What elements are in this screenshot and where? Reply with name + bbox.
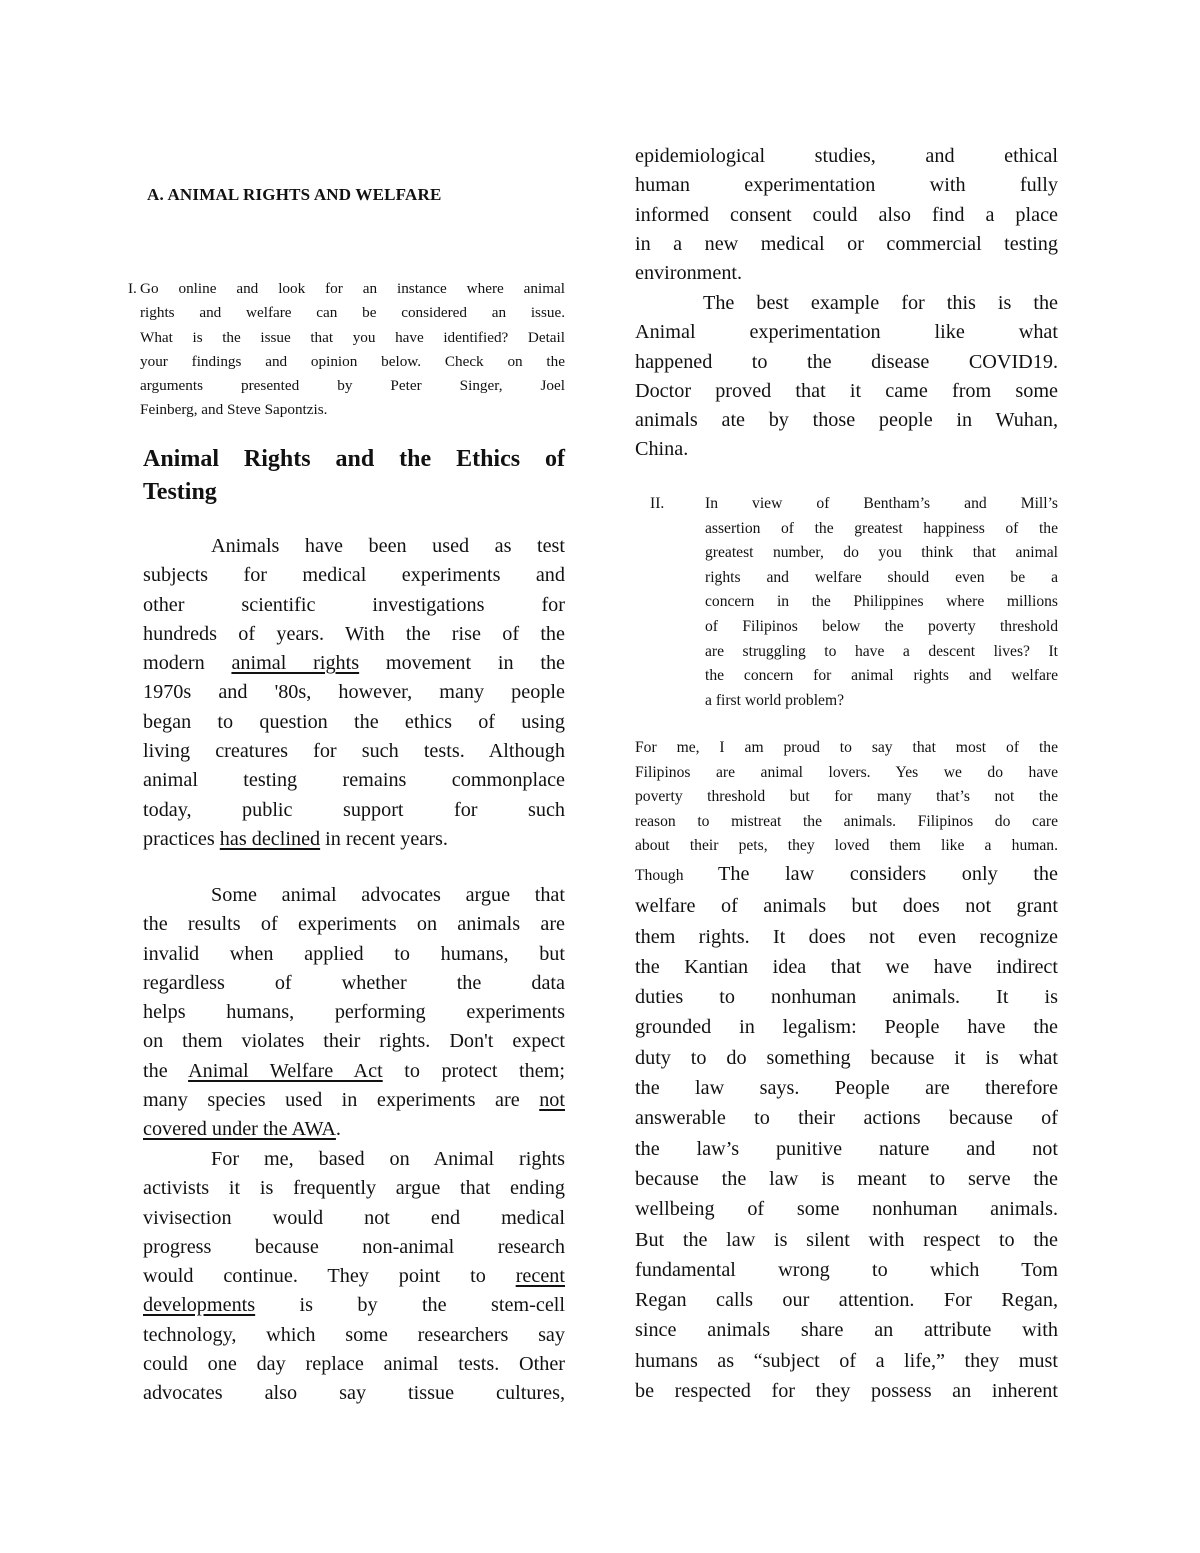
answer-line: fundamental wrong to which Tom — [635, 1255, 1058, 1285]
text: For me, based on Animal rights — [211, 1148, 565, 1170]
text-line: advocates also say tissue cultures, — [143, 1379, 565, 1408]
text-line: helps humans, performing experiments — [143, 998, 565, 1027]
text-line: epidemiological studies, and ethical — [635, 142, 1058, 171]
question-text: In view of Bentham’s and Mill’s assertio… — [705, 492, 1058, 713]
text-line: animals ate by those people in Wuhan, — [635, 406, 1058, 435]
paragraph-epidemiological: epidemiological studies, and ethical hum… — [635, 142, 1058, 288]
question-1: I. Go online and look for an instance wh… — [128, 277, 565, 423]
text-line: animal testing remains commonplace — [143, 766, 565, 795]
question-line: arguments presented by Peter Singer, Joe… — [140, 374, 565, 398]
question-line: your findings and opinion below. Check o… — [140, 350, 565, 374]
link-animal-welfare-act[interactable]: Animal Welfare Act — [188, 1060, 383, 1082]
question-number: I. — [128, 277, 137, 301]
text: to protect them; — [383, 1060, 565, 1082]
text-line: technology, which some researchers say — [143, 1321, 565, 1350]
question-line: Feinberg, and Steve Sapontzis. — [140, 398, 565, 422]
link-recent-developments[interactable]: recent — [516, 1265, 565, 1287]
answer-line: humans as “subject of a life,” they must — [635, 1346, 1058, 1376]
answer-line: answerable to their actions because of — [635, 1103, 1058, 1133]
link-not-covered[interactable]: not — [539, 1089, 565, 1111]
answer-line: the Kantian idea that we have indirect — [635, 952, 1058, 982]
answer-line: poverty threshold but for many that’s no… — [635, 785, 1058, 810]
text-line: living creatures for such tests. Althoug… — [143, 737, 565, 766]
answer-line: But the law is silent with respect to th… — [635, 1225, 1058, 1255]
answer-line: welfare of animals but does not grant — [635, 891, 1058, 921]
text-line: on them violates their rights. Don't exp… — [143, 1027, 565, 1056]
text-line: could one day replace animal tests. Othe… — [143, 1350, 565, 1379]
text-line: subjects for medical experiments and — [143, 561, 565, 590]
link-has-declined[interactable]: has declined — [220, 828, 320, 850]
text-line: vivisection would not end medical — [143, 1204, 565, 1233]
text-line: invalid when applied to humans, but — [143, 940, 565, 969]
text: would continue. They point to — [143, 1265, 516, 1287]
answer-filipinos: For me, I am proud to say that most of t… — [635, 736, 1058, 859]
text-line: Animal experimentation like what — [635, 318, 1058, 347]
text-line: informed consent could also find a place — [635, 201, 1058, 230]
question-line: rights and welfare can be considered an … — [140, 301, 565, 325]
question-line: a first world problem? — [705, 689, 1058, 714]
link-recent-developments-cont[interactable]: developments — [143, 1294, 255, 1316]
question-line: In view of Bentham’s and Mill’s — [705, 492, 1058, 517]
text-line: activists it is frequently argue that en… — [143, 1174, 565, 1203]
text-line: hundreds of years. With the rise of the — [143, 620, 565, 649]
question-line: concern in the Philippines where million… — [705, 590, 1058, 615]
question-line: of Filipinos below the poverty threshold — [705, 615, 1058, 640]
answer-line: the law’s punitive nature and not — [635, 1134, 1058, 1164]
text-line: happened to the disease COVID19. — [635, 348, 1058, 377]
paragraph-best-example: The best example for this is the Animal … — [635, 289, 1058, 465]
question-line: rights and welfare should even be a — [705, 566, 1058, 591]
text-line: progress because non-animal research — [143, 1233, 565, 1262]
text-line: developments is by the stem-cell — [143, 1291, 565, 1320]
answer-line: duty to do something because it is what — [635, 1043, 1058, 1073]
heading-line: Animal Rights and the Ethics of — [143, 443, 565, 476]
question-2: II. In view of Bentham’s and Mill’s asse… — [635, 492, 1058, 713]
answer-line: Regan calls our attention. For Regan, — [635, 1285, 1058, 1315]
question-line: are struggling to have a descent lives? … — [705, 640, 1058, 665]
text-line: other scientific investigations for — [143, 591, 565, 620]
article-heading: Animal Rights and the Ethics of Testing — [143, 443, 565, 509]
text: movement in the — [359, 652, 565, 674]
question-text: Go online and look for an instance where… — [140, 277, 565, 423]
answer-line: them rights. It does not even recognize — [635, 922, 1058, 952]
text: the — [143, 1060, 188, 1082]
paragraph-for-me-activists: For me, based on Animal rights activists… — [143, 1145, 565, 1409]
answer-line: be respected for they possess an inheren… — [635, 1376, 1058, 1406]
text: The law considers only the — [718, 863, 1058, 885]
text-line: began to question the ethics of using — [143, 708, 565, 737]
answer-line: Though The law considers only the — [635, 859, 1058, 891]
text-line: modern animal rights movement in the — [143, 649, 565, 678]
text: Animals have been used as test — [211, 535, 565, 557]
answer-line: because the law is meant to serve the — [635, 1164, 1058, 1194]
answer-line: the law says. People are therefore — [635, 1073, 1058, 1103]
text-line: Doctor proved that it came from some — [635, 377, 1058, 406]
text-line: practices has declined in recent years. — [143, 825, 565, 854]
answer-law-considers: Though The law considers only the welfar… — [635, 859, 1058, 1406]
text-line: the results of experiments on animals ar… — [143, 910, 565, 939]
heading-line: Testing — [143, 476, 565, 509]
text-line: human experimentation with fully — [635, 171, 1058, 200]
text-line: China. — [635, 435, 1058, 464]
answer-line: For me, I am proud to say that most of t… — [635, 736, 1058, 761]
paragraph-animals-tested: Animals have been used as test subjects … — [143, 532, 565, 854]
question-line: assertion of the greatest happiness of t… — [705, 517, 1058, 542]
text-line: today, public support for such — [143, 796, 565, 825]
question-line: What is the issue that you have identifi… — [140, 326, 565, 350]
question-line: Go online and look for an instance where… — [140, 277, 565, 301]
paragraph-advocates-argue: Some animal advocates argue that the res… — [143, 881, 565, 1145]
answer-line: about their pets, they loved them like a… — [635, 834, 1058, 859]
text: The best example for this is the — [703, 292, 1058, 314]
question-number: II. — [650, 492, 664, 517]
text: practices — [143, 828, 220, 850]
section-title: A. ANIMAL RIGHTS AND WELFARE — [147, 185, 442, 205]
question-line: greatest number, do you think that anima… — [705, 541, 1058, 566]
text: is by the stem-cell — [255, 1294, 565, 1316]
answer-line: Filipinos are animal lovers. Yes we do h… — [635, 761, 1058, 786]
text-line: covered under the AWA. — [143, 1115, 565, 1144]
answer-line: grounded in legalism: People have the — [635, 1012, 1058, 1042]
text-line: 1970s and '80s, however, many people — [143, 678, 565, 707]
answer-line: since animals share an attribute with — [635, 1315, 1058, 1345]
answer-line: duties to nonhuman animals. It is — [635, 982, 1058, 1012]
text-line: many species used in experiments are not — [143, 1086, 565, 1115]
text: in recent years. — [320, 828, 448, 850]
text-line: would continue. They point to recent — [143, 1262, 565, 1291]
text: Some animal advocates argue that — [211, 884, 565, 906]
text-line: environment. — [635, 259, 1058, 288]
link-animal-rights[interactable]: animal rights — [231, 652, 359, 674]
text: . — [336, 1118, 341, 1140]
text-line: regardless of whether the data — [143, 969, 565, 998]
text: modern — [143, 652, 231, 674]
question-line: the concern for animal rights and welfar… — [705, 664, 1058, 689]
answer-line: reason to mistreat the animals. Filipino… — [635, 810, 1058, 835]
text-line: the Animal Welfare Act to protect them; — [143, 1057, 565, 1086]
link-not-covered-cont[interactable]: covered under the AWA — [143, 1118, 336, 1140]
text: many species used in experiments are — [143, 1089, 539, 1111]
text: Though — [635, 867, 718, 884]
text-line: in a new medical or commercial testing — [635, 230, 1058, 259]
answer-line: wellbeing of some nonhuman animals. — [635, 1194, 1058, 1224]
